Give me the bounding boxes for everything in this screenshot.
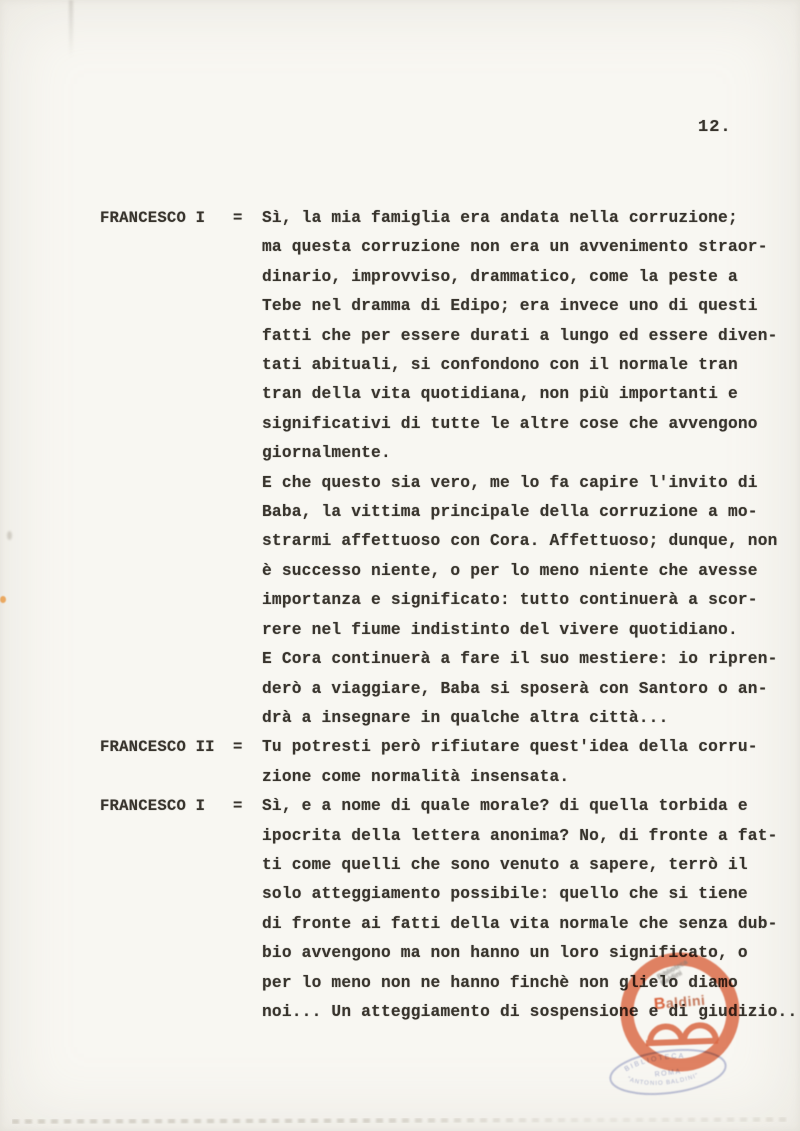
speaker-name [100, 233, 233, 262]
open-book-icon [645, 1025, 718, 1044]
dialogue-text: Baba, la vittima principale della corruz… [262, 498, 800, 527]
dialogue-line: strarmi affettuoso con Cora. Affettuoso;… [100, 527, 800, 556]
scanned-document-page: 12. FRANCESCO I=Sì, la mia famiglia era … [0, 0, 800, 1131]
dialogue-line: tati abituali, si confondono con il norm… [100, 351, 800, 380]
dialogue-line: FRANCESCO I=Sì, e a nome di quale morale… [100, 792, 800, 821]
dialogue-line: ma questa corruzione non era un avvenime… [100, 233, 800, 262]
dialogue-line: drà a insegnare in qualche altra città..… [100, 704, 800, 733]
dialogue-text: ti come quelli che sono venuto a sapere,… [262, 851, 800, 880]
speaker-name [100, 645, 233, 674]
dialogue-text: strarmi affettuoso con Cora. Affettuoso;… [262, 527, 800, 556]
speaker-name [100, 704, 233, 733]
equals-sign [233, 351, 262, 380]
speaker-name: FRANCESCO I [100, 792, 233, 821]
dialogue-text: importanza e significato: tutto continue… [262, 586, 800, 615]
equals-sign [233, 998, 262, 1027]
dialogue-text: E che questo sia vero, me lo fa capire l… [262, 469, 800, 498]
speaker-name [100, 469, 233, 498]
dialogue-text: zione come normalità insensata. [262, 763, 800, 792]
bottom-edge-scratches [12, 1117, 787, 1124]
speaker-name [100, 586, 233, 615]
dialogue-line: E che questo sia vero, me lo fa capire l… [100, 469, 800, 498]
speaker-name [100, 439, 233, 468]
equals-sign [233, 233, 262, 262]
speaker-name [100, 498, 233, 527]
equals-sign [233, 498, 262, 527]
speaker-name [100, 410, 233, 439]
dialogue-line: rere nel fiume indistinto del vivere quo… [100, 616, 800, 645]
dialogue-text: tati abituali, si confondono con il norm… [262, 351, 800, 380]
dialogue-text: di fronte ai fatti della vita normale ch… [262, 910, 800, 939]
dialogue-text: derò a viaggiare, Baba si sposerà con Sa… [262, 675, 800, 704]
speaker-name [100, 292, 233, 321]
equals-sign [233, 851, 262, 880]
speaker-name: FRANCESCO I [100, 204, 233, 233]
scan-streak [69, 0, 73, 58]
dialogue-text: E Cora continuerà a fare il suo mestiere… [262, 645, 800, 674]
dialogue-line: zione come normalità insensata. [100, 763, 800, 792]
dialogue-text: Sì, la mia famiglia era andata nella cor… [262, 204, 800, 233]
equals-sign [233, 292, 262, 321]
speaker-name [100, 998, 233, 1027]
equals-sign [233, 263, 262, 292]
dialogue-text: fatti che per essere durati a lungo ed e… [262, 322, 800, 351]
equals-sign [233, 439, 262, 468]
dialogue-line: solo atteggiamento possibile: quello che… [100, 880, 800, 909]
dialogue-line: ti come quelli che sono venuto a sapere,… [100, 851, 800, 880]
dialogue-text: tran della vita quotidiana, non più impo… [262, 380, 800, 409]
dialogue-text: ipocrita della lettera anonima? No, di f… [262, 822, 800, 851]
dialogue-line: è successo niente, o per lo meno niente … [100, 557, 800, 586]
equals-sign [233, 322, 262, 351]
speaker-name: FRANCESCO II [100, 733, 233, 762]
speaker-name [100, 763, 233, 792]
equals-sign [233, 910, 262, 939]
dialogue-line: Baba, la vittima principale della corruz… [100, 498, 800, 527]
speaker-name [100, 380, 233, 409]
equals-sign [233, 675, 262, 704]
equals-sign [233, 880, 262, 909]
page-number: 12. [698, 118, 732, 137]
equals-sign [233, 557, 262, 586]
equals-sign [233, 822, 262, 851]
equals-sign [233, 704, 262, 733]
speaker-name [100, 910, 233, 939]
dialogue-text: drà a insegnare in qualche altra città..… [262, 704, 800, 733]
dialogue-line: importanza e significato: tutto continue… [100, 586, 800, 615]
dialogue-text: è successo niente, o per lo meno niente … [262, 557, 800, 586]
dialogue-line: giornalmente. [100, 439, 800, 468]
dialogue-line: FRANCESCO II=Tu potresti però rifiutare … [100, 733, 800, 762]
dialogue-text: Sì, e a nome di quale morale? di quella … [262, 792, 800, 821]
speaker-name [100, 939, 233, 968]
dialogue-line: fatti che per essere durati a lungo ed e… [100, 322, 800, 351]
equals-sign [233, 410, 262, 439]
dialogue-line: E Cora continuerà a fare il suo mestiere… [100, 645, 800, 674]
equals-sign: = [233, 733, 262, 762]
dialogue-line: tran della vita quotidiana, non più impo… [100, 380, 800, 409]
equals-sign [233, 763, 262, 792]
dialogue-line: significativi di tutte le altre cose che… [100, 410, 800, 439]
speaker-name [100, 616, 233, 645]
stamp-brand-rest: aldini [665, 992, 706, 1011]
speaker-name [100, 557, 233, 586]
dialogue-text: Tu potresti però rifiutare quest'idea de… [262, 733, 800, 762]
equals-sign [233, 527, 262, 556]
equals-sign [233, 939, 262, 968]
speaker-name [100, 322, 233, 351]
dialogue-text: solo atteggiamento possibile: quello che… [262, 880, 800, 909]
speaker-name [100, 675, 233, 704]
paper-speck [7, 531, 12, 540]
equals-sign: = [233, 204, 262, 233]
dialogue-line: ipocrita della lettera anonima? No, di f… [100, 822, 800, 851]
dialogue-line: FRANCESCO I=Sì, la mia famiglia era anda… [100, 204, 800, 233]
dialogue-line: dinario, improvviso, drammatico, come la… [100, 263, 800, 292]
speaker-name [100, 969, 233, 998]
speaker-name [100, 851, 233, 880]
speaker-name [100, 880, 233, 909]
baldini-stamp: Biblioteca Baldini Baldini [613, 946, 747, 1080]
dialogue-line: derò a viaggiare, Baba si sposerà con Sa… [100, 675, 800, 704]
equals-sign [233, 645, 262, 674]
dialogue-text: rere nel fiume indistinto del vivere quo… [262, 616, 800, 645]
equals-sign [233, 586, 262, 615]
speaker-name [100, 351, 233, 380]
speaker-name [100, 527, 233, 556]
dialogue-text: giornalmente. [262, 439, 800, 468]
equals-sign [233, 469, 262, 498]
dialogue-text: significativi di tutte le altre cose che… [262, 410, 800, 439]
dialogue-line: di fronte ai fatti della vita normale ch… [100, 910, 800, 939]
equals-sign [233, 380, 262, 409]
speaker-name [100, 822, 233, 851]
dialogue-text: Tebe nel dramma di Edipo; era invece uno… [262, 292, 800, 321]
dialogue-text: ma questa corruzione non era un avvenime… [262, 233, 800, 262]
speaker-name [100, 263, 233, 292]
dialogue-text: dinario, improvviso, drammatico, come la… [262, 263, 800, 292]
paper-speck [0, 596, 6, 603]
dialogue: FRANCESCO I=Sì, la mia famiglia era anda… [100, 204, 800, 1027]
equals-sign [233, 969, 262, 998]
dialogue-line: Tebe nel dramma di Edipo; era invece uno… [100, 292, 800, 321]
equals-sign: = [233, 792, 262, 821]
equals-sign [233, 616, 262, 645]
